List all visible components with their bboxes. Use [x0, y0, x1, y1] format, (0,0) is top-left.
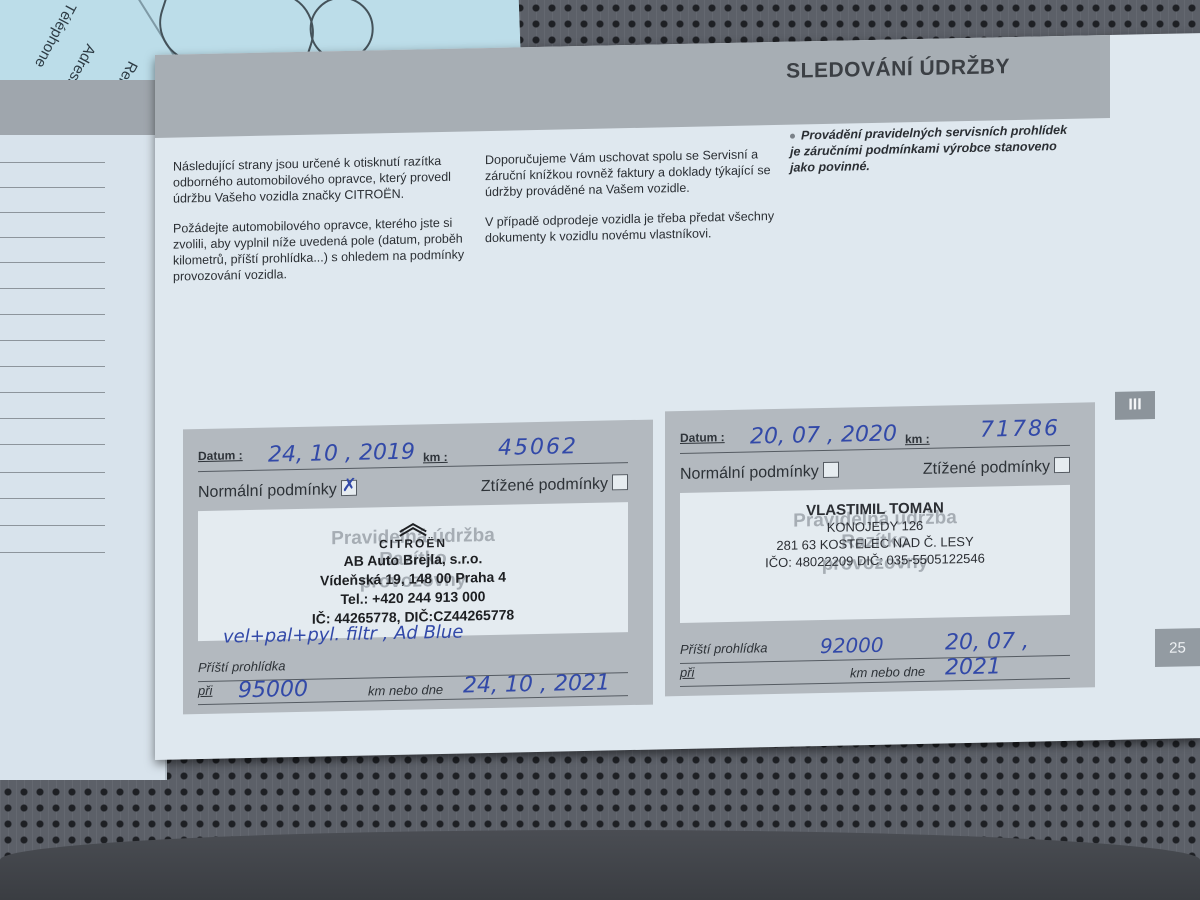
garage-stamp: VLASTIMIL TOMAN KONOJEDY 126 281 63 KOST…: [680, 497, 1070, 573]
next-inspection: Příští prohlídka při 95000 km nebo dne 2…: [198, 650, 628, 705]
paragraph: Doporučujeme Vám uschovat spolu se Servi…: [485, 146, 775, 200]
harsh-conditions-label: Ztížené podmínky: [923, 458, 1050, 478]
date-label: Datum :: [680, 430, 725, 445]
normal-conditions-label: Normální podmínky: [198, 481, 337, 501]
handwritten-note: vel+pal+pyl. filtr , Ad Blue: [223, 622, 463, 648]
next-inspection-label: Příští prohlídka: [680, 640, 767, 657]
paragraph: V případě odprodeje vozidla je třeba pře…: [485, 208, 775, 246]
next-date-value: 24, 10 , 2021: [463, 670, 610, 698]
next-date-value: 20, 07 , 2021: [945, 628, 1070, 681]
normal-conditions-checkbox: [823, 462, 839, 478]
date-row: Datum : 24, 10 , 2019 km : 45062: [198, 438, 628, 472]
at-label: při: [198, 683, 212, 698]
service-record-2: Datum : 20, 07 , 2020 km : 71786 Normáln…: [665, 402, 1095, 696]
normal-conditions-label: Normální podmínky: [680, 463, 819, 483]
harsh-conditions-checkbox: [1054, 457, 1070, 473]
km-value: 45062: [498, 434, 578, 461]
section-tab: III: [1115, 391, 1155, 420]
next-inspection: Příští prohlídka92000 při km nebo dne 20…: [680, 633, 1070, 687]
paragraph: Provádění pravidelných servisních prohlí…: [790, 123, 1067, 175]
conditions-row: Normální podmínky Ztížené podmínky: [198, 474, 628, 502]
seat-leather: [0, 830, 1200, 900]
at-label: při: [680, 665, 694, 680]
paragraph: Následující strany jsou určené k otisknu…: [173, 152, 468, 206]
next-km-value: 95000: [238, 677, 308, 703]
date-value: 24, 10 , 2019: [268, 440, 415, 468]
km-or-date-label: km nebo dne: [368, 682, 443, 699]
dealer-stamp: ︽ CITROËN AB Auto Brejla, s.r.o. Vídeňsk…: [198, 508, 628, 631]
normal-conditions-checkbox: [341, 480, 357, 496]
service-record-1: Datum : 24, 10 , 2019 km : 45062 Normáln…: [183, 420, 653, 715]
next-km-value: 92000: [820, 633, 884, 658]
km-label: km :: [423, 450, 448, 465]
intro-column-2: Doporučujeme Vám uschovat spolu se Servi…: [485, 146, 775, 260]
page-number: 25: [1155, 628, 1200, 667]
intro-column-3: Provádění pravidelných servisních prohlí…: [790, 122, 1080, 176]
stamp-area: Pravidelná údržbaRazítkoprovozovny ︽ CIT…: [198, 502, 628, 641]
right-page: SLEDOVÁNÍ ÚDRŽBY Následující strany jsou…: [155, 33, 1200, 760]
page-title: SLEDOVÁNÍ ÚDRŽBY: [786, 55, 1010, 84]
harsh-conditions-checkbox: [612, 474, 628, 490]
km-value: 71786: [980, 416, 1060, 443]
harsh-conditions-label: Ztížené podmínky: [481, 476, 608, 496]
bullet-icon: [790, 134, 795, 139]
date-value: 20, 07 , 2020: [750, 421, 897, 449]
left-page-band: [0, 80, 165, 135]
conditions-row: Normální podmínky Ztížené podmínky: [680, 457, 1070, 484]
km-or-date-label: km nebo dne: [850, 664, 925, 681]
next-inspection-label: Příští prohlídka: [198, 658, 285, 675]
date-row: Datum : 20, 07 , 2020 km : 71786: [680, 421, 1070, 454]
km-label: km :: [905, 432, 930, 447]
left-page: [0, 80, 167, 780]
date-label: Datum :: [198, 448, 243, 463]
stamp-area: Pravidelná údržbaRazítkoprovozovny VLAST…: [680, 485, 1070, 623]
paragraph: Požádejte automobilového opravce, kteréh…: [173, 214, 468, 284]
intro-column-1: Následující strany jsou určené k otisknu…: [173, 152, 468, 298]
